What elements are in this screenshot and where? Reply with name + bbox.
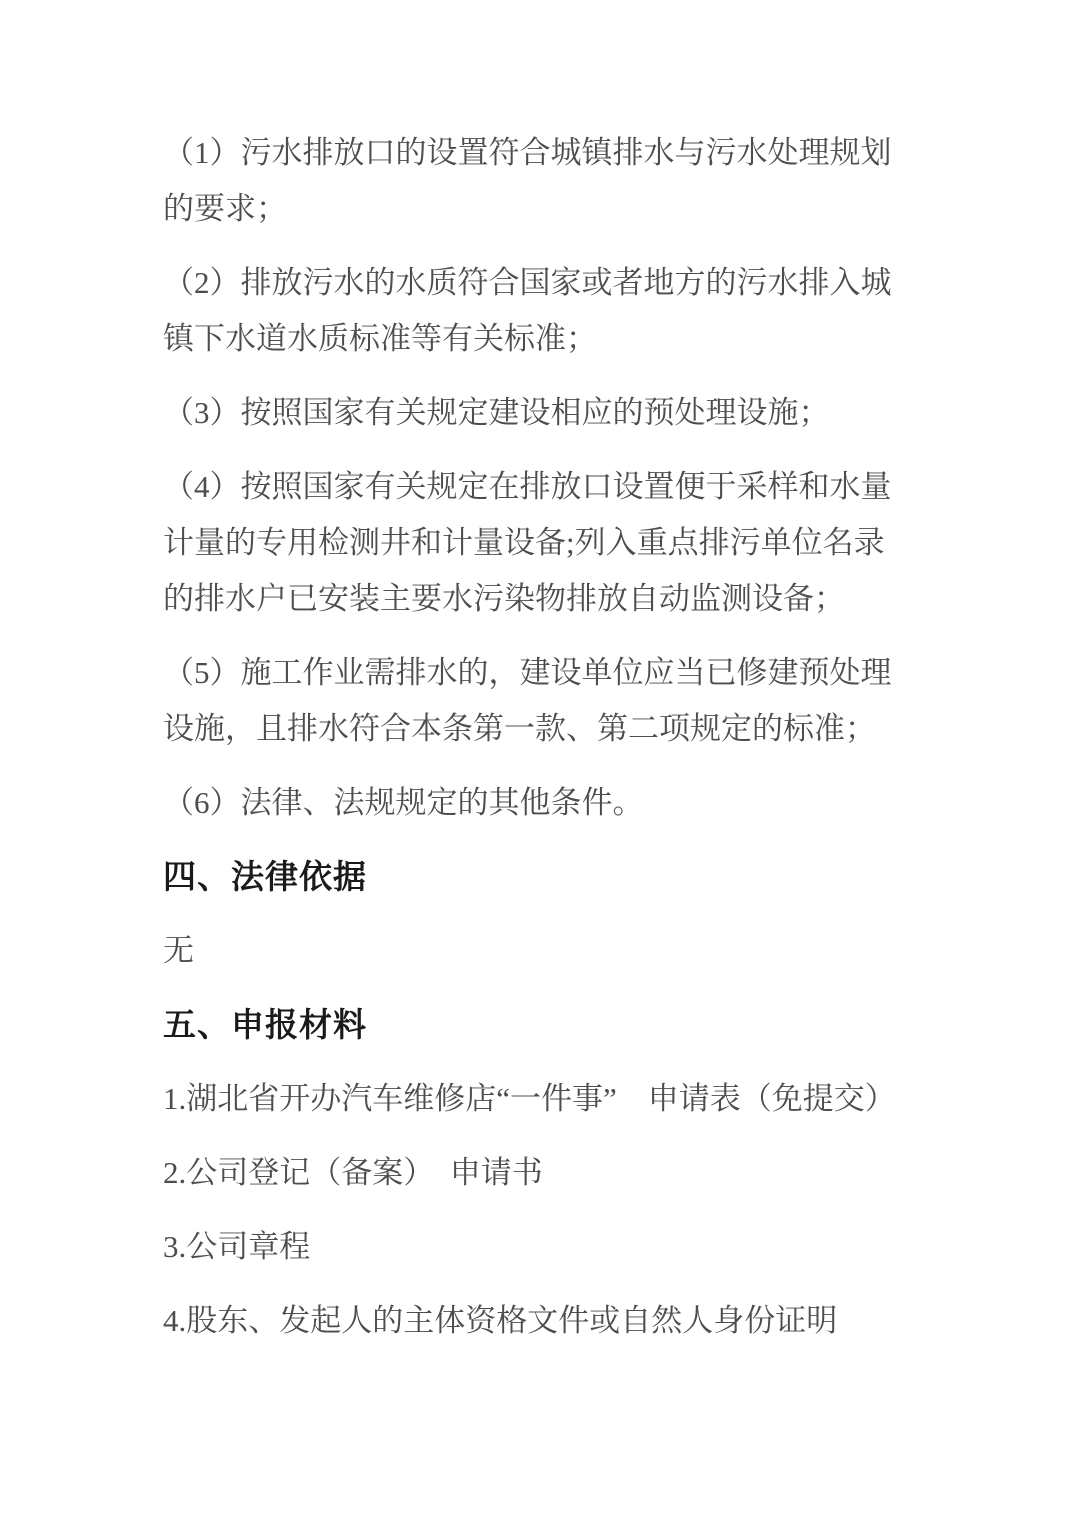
condition-item-4: （4）按照国家有关规定在排放口设置便于采样和水量计量的专用检测井和计量设备;列入…	[163, 459, 910, 627]
legal-basis-content: 无	[163, 923, 910, 979]
material-item-1: 1.湖北省开办汽车维修店“一件事” 申请表（免提交）	[163, 1071, 910, 1127]
section-heading-application-materials: 五、申报材料	[163, 997, 910, 1053]
document-page: （1）污水排放口的设置符合城镇排水与污水处理规划的要求； （2）排放污水的水质符…	[0, 0, 1074, 1520]
material-item-3: 3.公司章程	[163, 1219, 910, 1275]
condition-item-2: （2）排放污水的水质符合国家或者地方的污水排入城镇下水道水质标准等有关标准；	[163, 255, 910, 367]
condition-item-1: （1）污水排放口的设置符合城镇排水与污水处理规划的要求；	[163, 125, 910, 237]
material-item-4: 4.股东、发起人的主体资格文件或自然人身份证明	[163, 1293, 910, 1349]
condition-item-5: （5）施工作业需排水的，建设单位应当已修建预处理设施，且排水符合本条第一款、第二…	[163, 645, 910, 757]
condition-item-6: （6）法律、法规规定的其他条件。	[163, 775, 910, 831]
condition-item-3: （3）按照国家有关规定建设相应的预处理设施；	[163, 385, 910, 441]
material-item-2: 2.公司登记（备案） 申请书	[163, 1145, 910, 1201]
section-heading-legal-basis: 四、法律依据	[163, 849, 910, 905]
